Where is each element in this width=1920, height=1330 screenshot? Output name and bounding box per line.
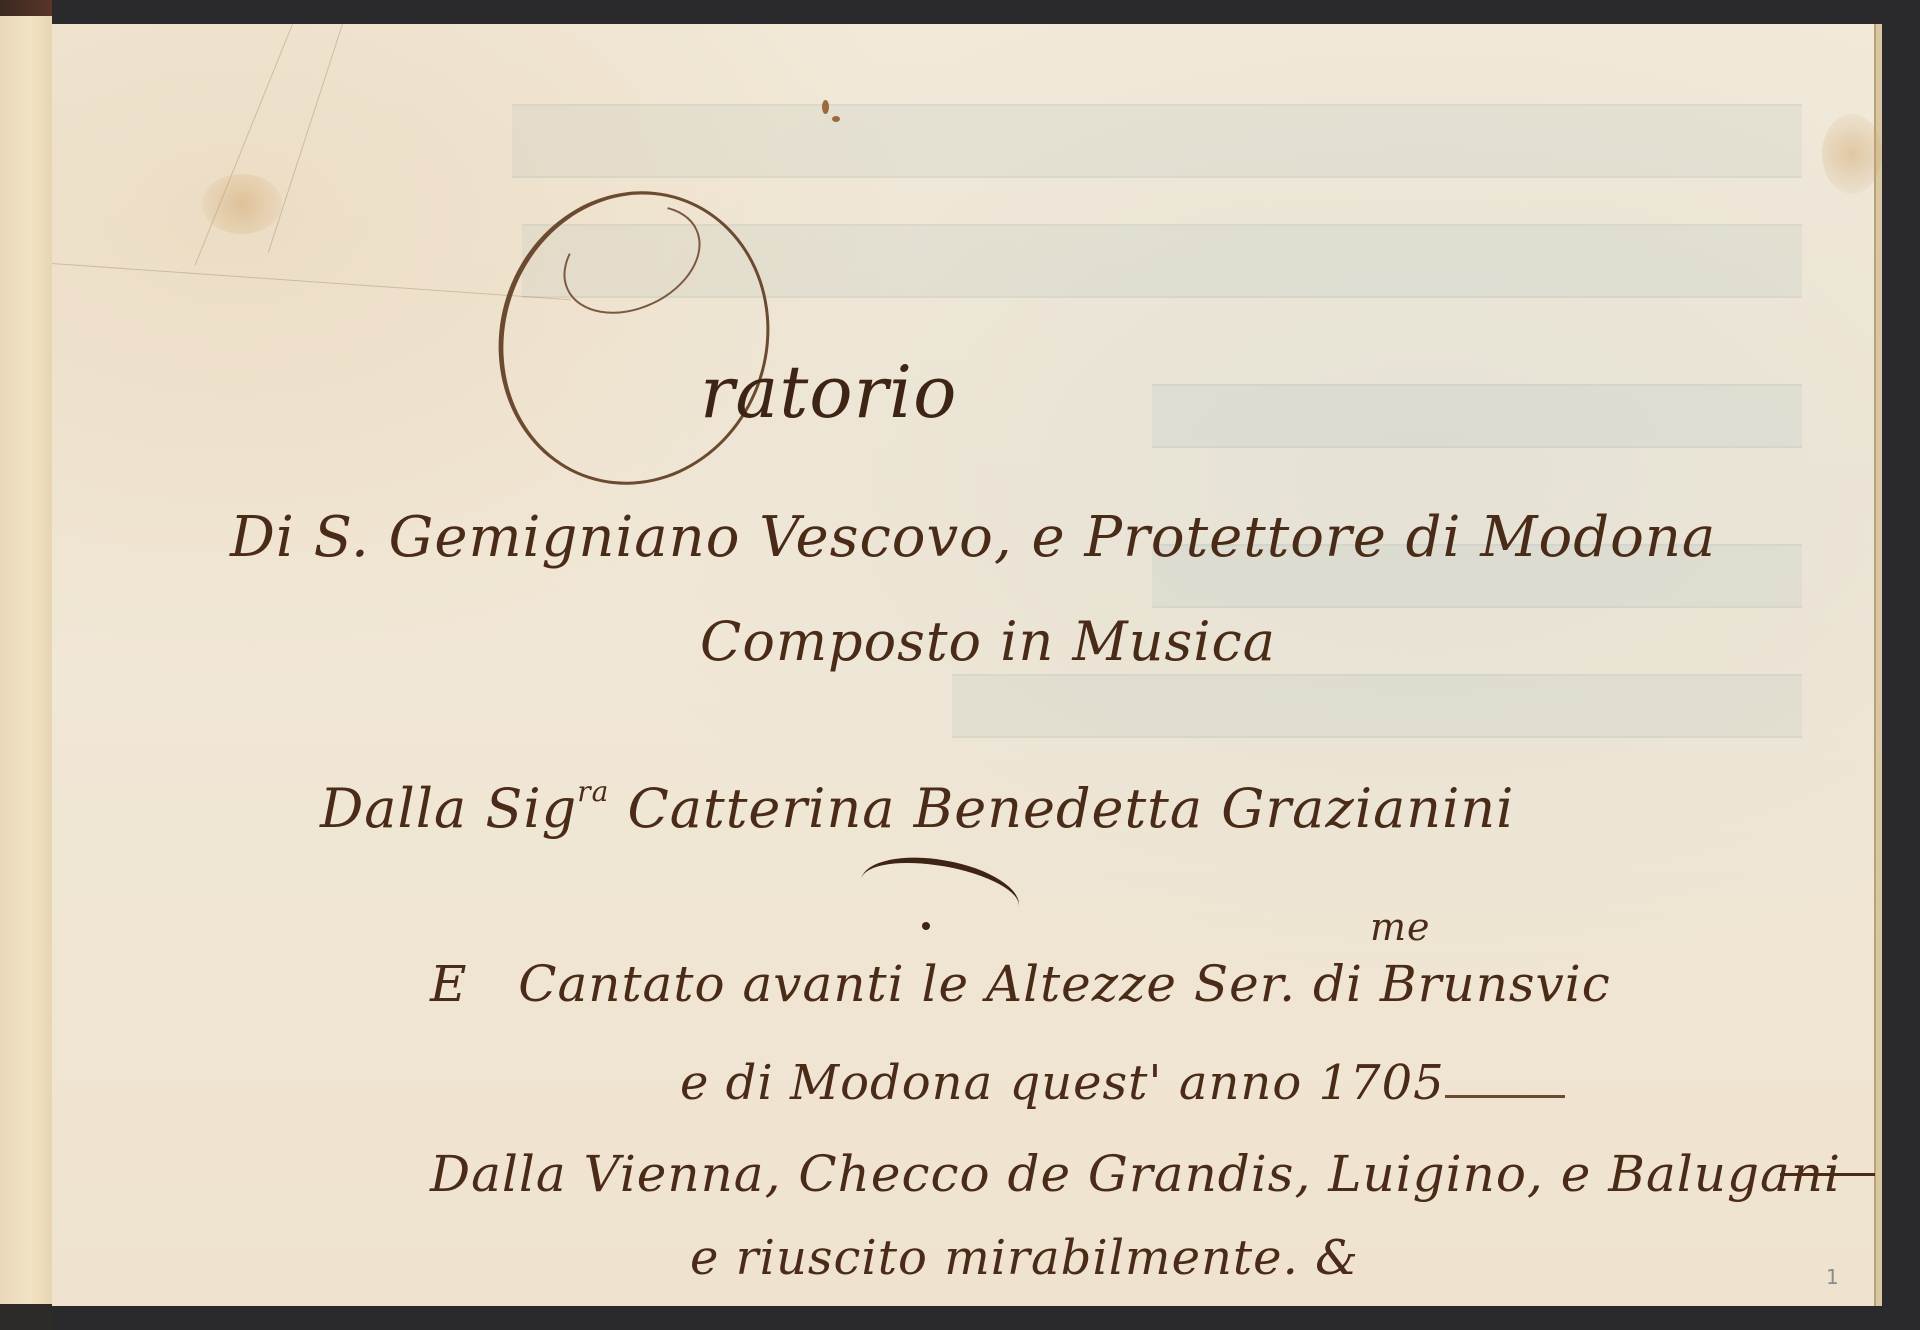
bleed-through-staff [1152,384,1802,448]
title-text: ratorio [700,350,957,434]
place-text: e di Modona quest' anno [680,1055,1302,1111]
facing-page-edge [0,0,52,1330]
ink-blot [832,116,840,122]
binding-bottom [0,1304,52,1330]
performed-initial: E [430,955,468,1013]
line-place-year: e di Modona quest' anno 1705 [680,1055,1445,1111]
line-tail-stroke [1780,1173,1875,1176]
line-performers: Dalla Vienna, Checco de Grandis, Luigino… [430,1145,1841,1203]
binding-top [0,0,52,16]
composer-prefix-superscript: ra [577,775,609,808]
line-dedication: Di S. Gemigniano Vescovo, e Protettore d… [230,505,1716,570]
composer-name: Catterina Benedetta Grazianini [627,777,1514,840]
paper-crease [52,263,571,300]
foxing-stain [1822,114,1882,194]
line-closing: e riuscito mirabilmente. & [690,1230,1359,1286]
line-composer: Dalla Sigra Catterina Benedetta Graziani… [320,775,1514,840]
foxing-stain [202,174,282,234]
year-underline [1445,1095,1565,1098]
year: 1705 [1319,1055,1445,1111]
composer-prefix: Dalla Sig [320,777,577,840]
bleed-through-staff [512,104,1802,178]
line-performed-superscript: me [1370,905,1431,949]
ink-blot [822,100,829,114]
bleed-through-staff [952,674,1802,738]
folio-number: 1 [1826,1265,1839,1289]
flourish-dot [922,922,930,930]
line-composed: Composto in Musica [700,610,1276,673]
line-performed: E Cantato avanti le Altezze Ser. di Brun… [430,955,1611,1013]
performed-text: Cantato avanti le Altezze Ser. di Brunsv… [518,955,1611,1013]
